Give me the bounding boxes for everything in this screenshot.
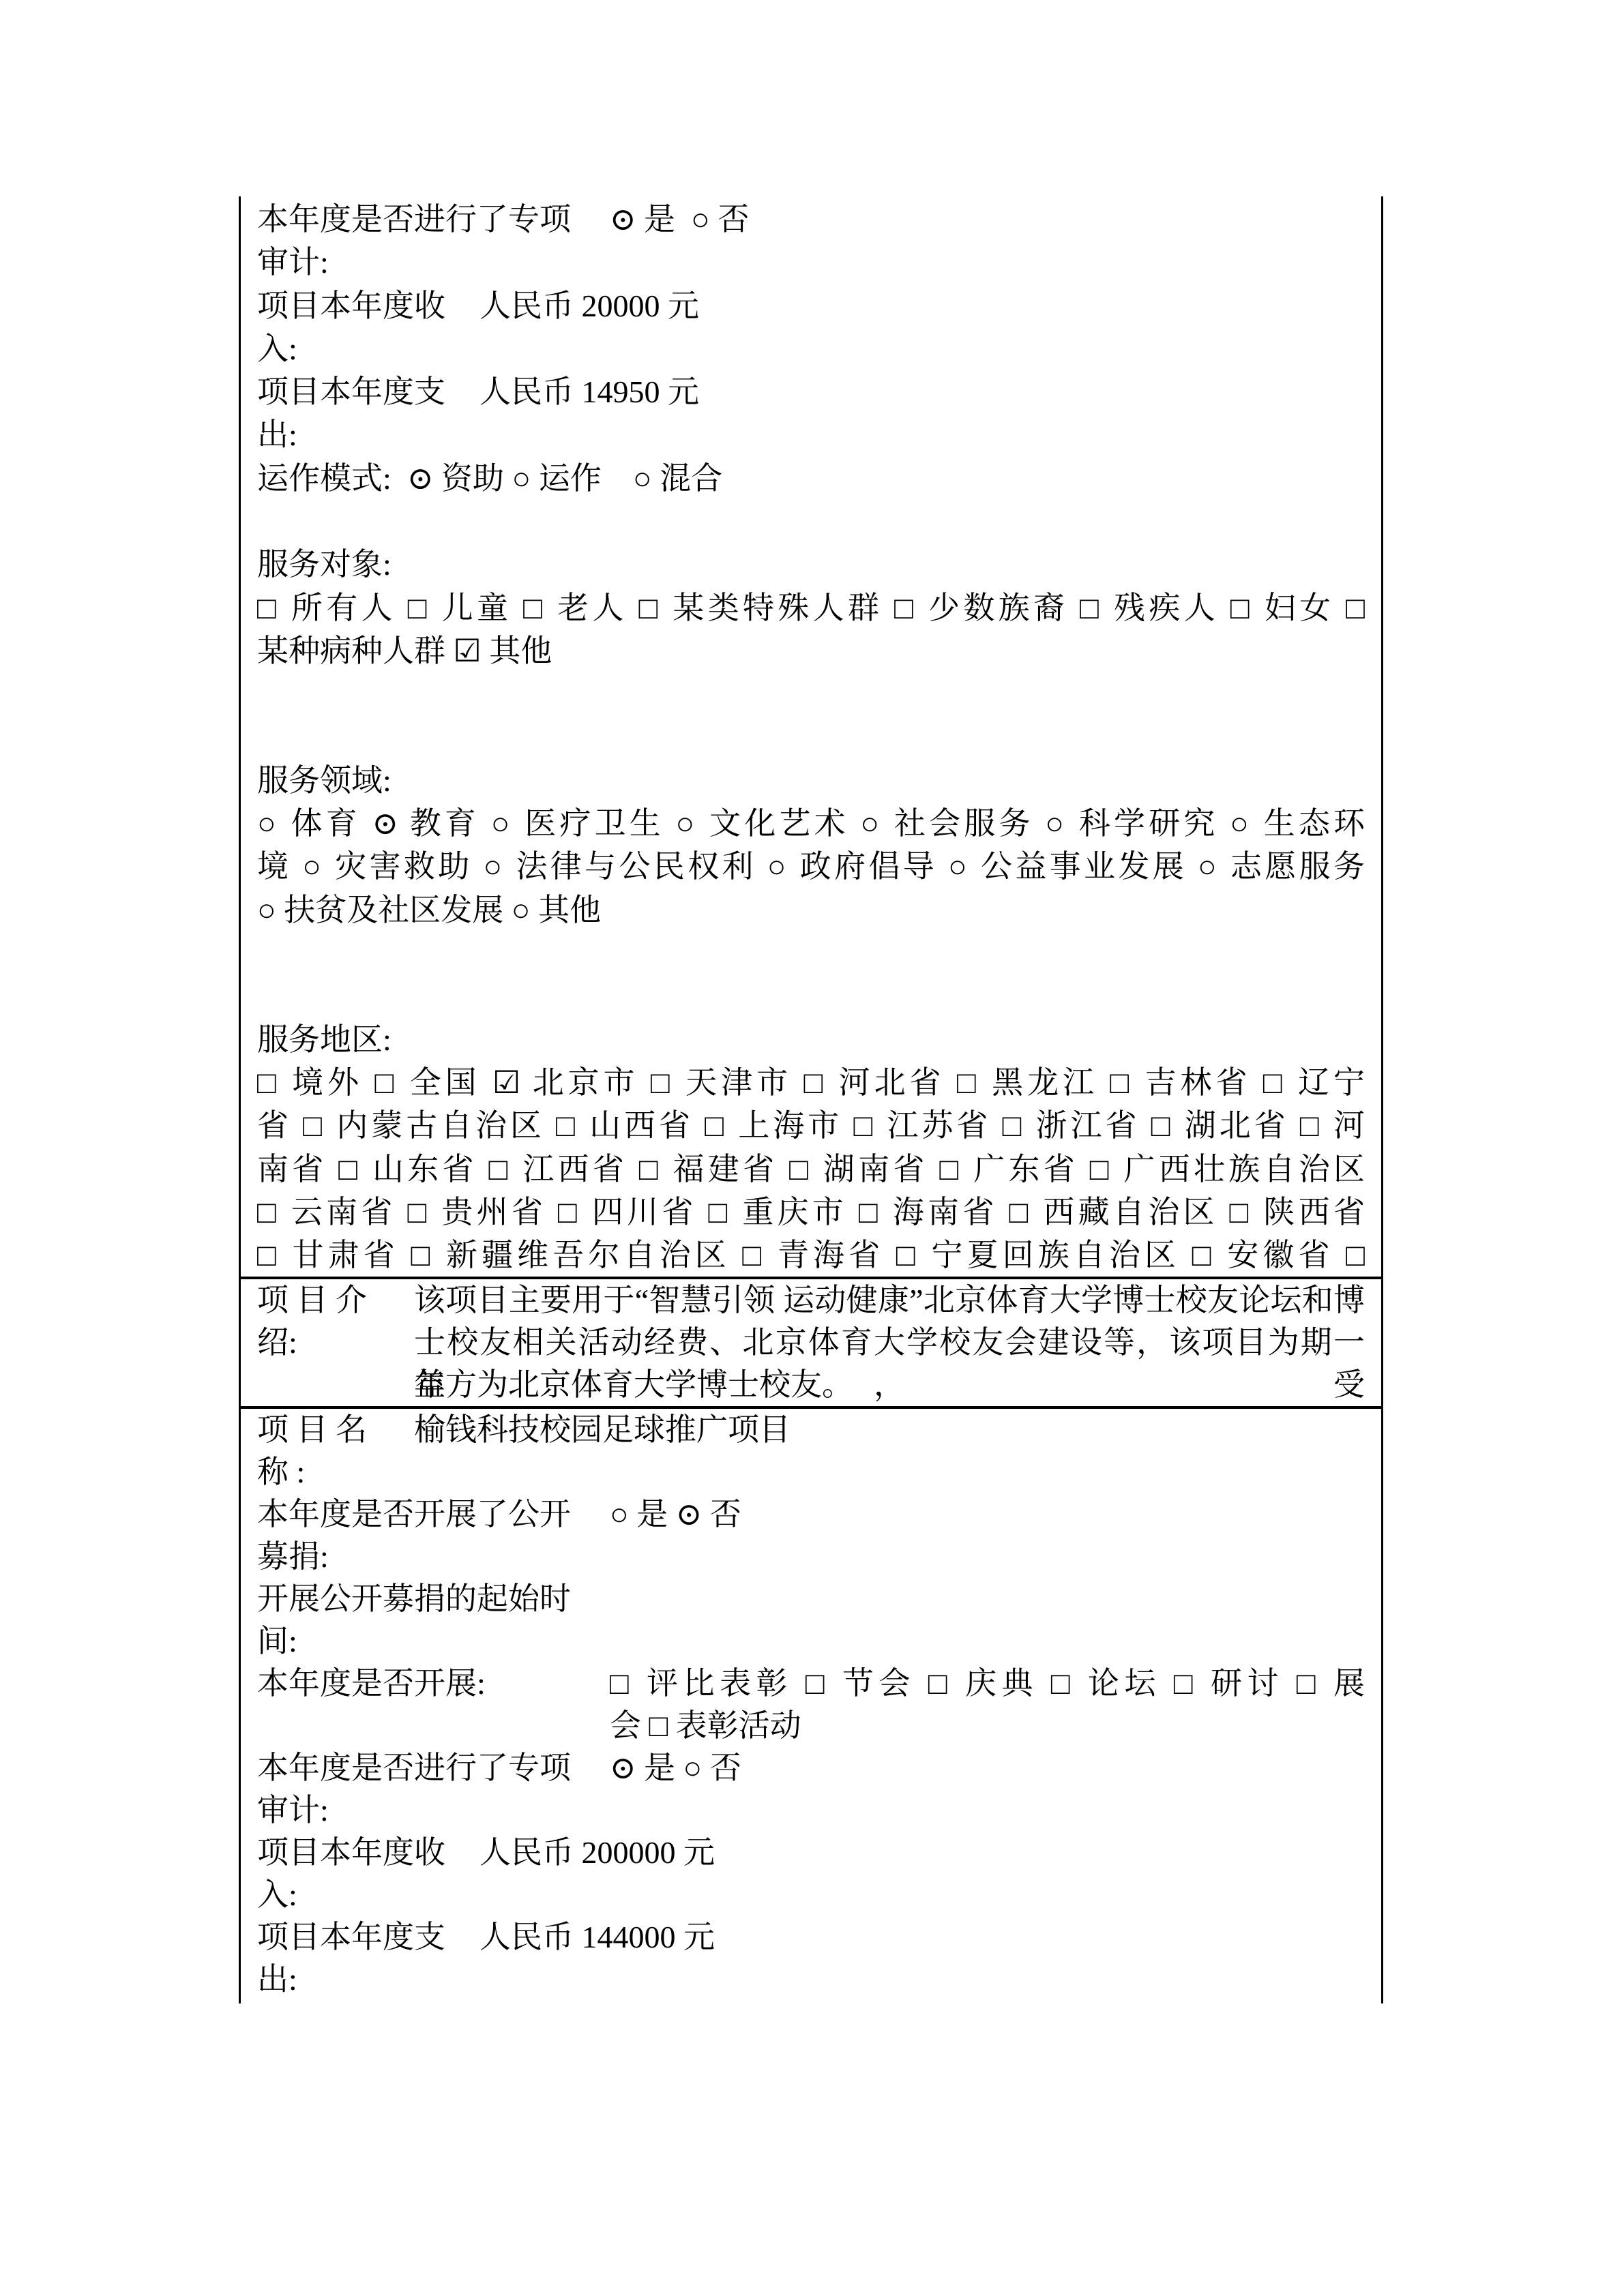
blank-line xyxy=(257,500,1365,543)
fundraising-start-time-value xyxy=(588,1578,1365,1620)
service-areas-checkbox-line[interactable]: □ 云南省 □ 贵州省 □ 四川省 □ 重庆市 □ 海南省 □ 西藏自治区 □ … xyxy=(257,1191,1365,1234)
document-page: 本年度是否进行了专项 审计: ⊙ 是 ○ 否 项目本年度收 入: 人民币 200… xyxy=(0,0,1624,2296)
field-label: 本年度是否进行了专项 审计: xyxy=(257,198,588,284)
annual-expense-value: 人民币 14950 元 xyxy=(456,370,1365,413)
field-annual-income-1: 项目本年度收 入: 人民币 20000 元 xyxy=(257,284,1365,371)
service-fields-header: 服务领域: xyxy=(257,759,1365,802)
operation-mode-radio-group[interactable]: ⊙ 资助 ○ 运作 ○ 混合 xyxy=(391,457,1365,500)
field-operation-mode: 运作模式: ⊙ 资助 ○ 运作 ○ 混合 xyxy=(257,457,1365,500)
service-objects-header: 服务对象: xyxy=(257,543,1365,586)
form-table: 本年度是否进行了专项 审计: ⊙ 是 ○ 否 项目本年度收 入: 人民币 200… xyxy=(239,196,1383,2003)
field-project-intro: 项 目 介 绍: 该项目主要用于“智慧引领 运动健康”北京体育大学博士校友论坛和… xyxy=(257,1279,1365,1406)
field-label: 本年度是否进行了专项 审计: xyxy=(257,1747,588,1832)
blank-line xyxy=(257,716,1365,759)
service-areas-header: 服务地区: xyxy=(257,1018,1365,1061)
project-name-value: 榆钱科技校园足球推广项目 xyxy=(400,1409,1365,1451)
field-label: 项目本年度收 入: xyxy=(257,1832,456,1916)
field-label: 项 目 名 称 : xyxy=(257,1409,400,1493)
service-fields-radio-line[interactable]: 境 ○ 灾害救助 ○ 法律与公民权利 ○ 政府倡导 ○ 公益事业发展 ○ 志愿服… xyxy=(257,845,1365,888)
service-objects-checkbox-line[interactable]: □ 所有人 □ 儿童 □ 老人 □ 某类特殊人群 □ 少数族裔 □ 残疾人 □ … xyxy=(257,586,1365,629)
service-areas-checkbox-line[interactable]: 省 □ 内蒙古自治区 □ 山西省 □ 上海市 □ 江苏省 □ 浙江省 □ 湖北省… xyxy=(257,1104,1365,1147)
field-label: 项目本年度收 入: xyxy=(257,284,456,371)
field-label: 项目本年度支 出: xyxy=(257,370,456,457)
annual-events-checkbox-group[interactable]: □ 评比表彰 □ 节会 □ 庆典 □ 论坛 □ 研讨 □ 展 会 □ 表彰活动 xyxy=(588,1663,1365,1747)
field-annual-expense-2: 项目本年度支 出: 人民币 144000 元 xyxy=(257,1916,1365,2001)
blank-line xyxy=(257,931,1365,974)
field-fundraising-start-time: 开展公开募捐的起始时 间: xyxy=(257,1578,1365,1663)
annual-income-value: 人民币 200000 元 xyxy=(456,1832,1365,1874)
annual-income-value: 人民币 20000 元 xyxy=(456,284,1365,327)
field-label: 开展公开募捐的起始时 间: xyxy=(257,1578,588,1663)
annual-expense-value: 人民币 144000 元 xyxy=(456,1916,1365,1958)
service-areas-checkbox-line[interactable]: □ 境外 □ 全国 ☑ 北京市 □ 天津市 □ 河北省 □ 黑龙江 □ 吉林省 … xyxy=(257,1061,1365,1104)
service-objects-checkbox-line[interactable]: 某种病种人群 ☑ 其他 xyxy=(257,629,1365,672)
field-label: 项 目 介 绍: xyxy=(257,1279,400,1364)
field-annual-events: 本年度是否开展: □ 评比表彰 □ 节会 □ 庆典 □ 论坛 □ 研讨 □ 展 … xyxy=(257,1663,1365,1747)
service-fields-radio-line[interactable]: ○ 扶贫及社区发展 ○ 其他 xyxy=(257,889,1365,931)
field-public-fundraising: 本年度是否开展了公开 募捐: ○ 是 ⊙ 否 xyxy=(257,1493,1365,1578)
service-fields-radio-line[interactable]: ○ 体育 ⊙ 教育 ○ 医疗卫生 ○ 文化艺术 ○ 社会服务 ○ 科学研究 ○ … xyxy=(257,802,1365,845)
public-fundraising-radio-group[interactable]: ○ 是 ⊙ 否 xyxy=(588,1493,1365,1536)
field-annual-expense-1: 项目本年度支 出: 人民币 14950 元 xyxy=(257,370,1365,457)
field-label: 本年度是否开展: xyxy=(257,1663,588,1705)
field-annual-income-2: 项目本年度收 入: 人民币 200000 元 xyxy=(257,1832,1365,1916)
special-audit-radio-group[interactable]: ⊙ 是 ○ 否 xyxy=(588,198,1365,241)
blank-line xyxy=(257,672,1365,715)
field-project-name-2: 项 目 名 称 : 榆钱科技校园足球推广项目 xyxy=(257,1409,1365,1493)
project-intro-text: 该项目主要用于“智慧引领 运动健康”北京体育大学博士校友论坛和博 士校友相关活动… xyxy=(400,1279,1365,1406)
service-areas-checkbox-line[interactable]: □ 甘肃省 □ 新疆维吾尔自治区 □ 青海省 □ 宁夏回族自治区 □ 安徽省 □ xyxy=(257,1234,1365,1277)
special-audit-radio-group[interactable]: ⊙ 是 ○ 否 xyxy=(588,1747,1365,1789)
field-label: 本年度是否开展了公开 募捐: xyxy=(257,1493,588,1578)
field-special-audit-2: 本年度是否进行了专项 审计: ⊙ 是 ○ 否 xyxy=(257,1747,1365,1832)
project1-section: 本年度是否进行了专项 审计: ⊙ 是 ○ 否 项目本年度收 入: 人民币 200… xyxy=(241,196,1381,1277)
field-label: 项目本年度支 出: xyxy=(257,1916,456,2001)
project2-section: 项 目 名 称 : 榆钱科技校园足球推广项目 本年度是否开展了公开 募捐: ○ … xyxy=(241,1406,1381,2003)
project-intro-row: 项 目 介 绍: 该项目主要用于“智慧引领 运动健康”北京体育大学博士校友论坛和… xyxy=(241,1277,1381,1406)
field-label: 运作模式: xyxy=(257,457,391,500)
blank-line xyxy=(257,974,1365,1017)
field-special-audit-1: 本年度是否进行了专项 审计: ⊙ 是 ○ 否 xyxy=(257,198,1365,284)
service-areas-checkbox-line[interactable]: 南省 □ 山东省 □ 江西省 □ 福建省 □ 湖南省 □ 广东省 □ 广西壮族自… xyxy=(257,1148,1365,1191)
